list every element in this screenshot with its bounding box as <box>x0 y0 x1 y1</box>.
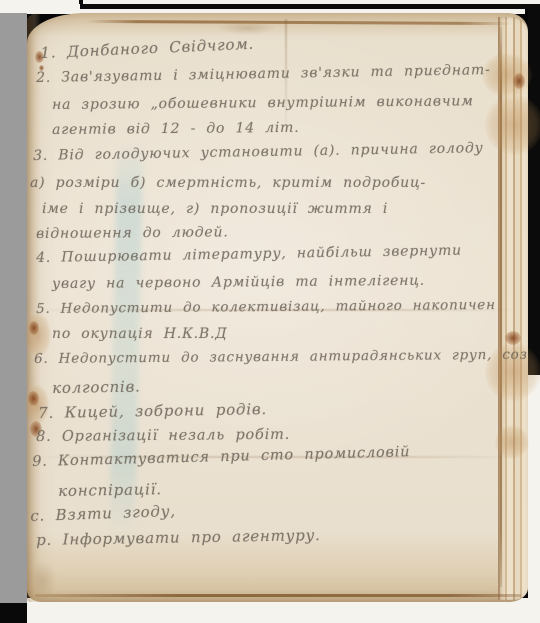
handwritten-line: відношення до людей. <box>36 224 229 242</box>
scanned-document: 1. Донбаного Свідчгом.2. Зав'язувати і з… <box>0 0 540 623</box>
handwritten-line: по окупація Н.К.В.Д <box>52 326 227 342</box>
handwritten-line: с. Взяти згоду, <box>30 502 176 525</box>
handwritten-line: 5. Недопустити до колективізац, тайного … <box>36 297 496 317</box>
handwritten-line: на зрозию „обошевники внутрішнім виконав… <box>52 93 474 113</box>
handwritten-line: 1. Донбаного Свідчгом. <box>40 35 254 62</box>
handwritten-line: 3. Від голодуючих установити (а). причин… <box>33 140 484 164</box>
handwritten-line: 2. Зав'язувати і зміцнювати зв'язки та п… <box>36 62 491 86</box>
handwritten-line: 9. Контактуватися при сто промисловій <box>32 444 411 470</box>
handwritten-line: увагу на червоно Армійців та інтелігенц. <box>52 273 425 292</box>
handwritten-line: конспірації. <box>58 480 162 500</box>
handwritten-line: а) розміри б) смертність, критім подроби… <box>30 175 426 191</box>
handwritten-line: 8. Організації незаль робіт. <box>36 427 290 445</box>
handwritten-line: колгоспів. <box>52 377 141 397</box>
handwritten-line: агентів від 12 - до 14 літ. <box>52 120 300 138</box>
handwritten-line: 4. Поширювати літературу, найбільш зверн… <box>36 243 462 266</box>
handwritten-line: 6. Недопустити до заснування антирадянсь… <box>34 347 528 367</box>
handwritten-line: іме і прізвище, г) пропозиції життя і <box>42 201 388 217</box>
handwritten-line: 7. Кицей, зоброни родів. <box>38 400 267 422</box>
handwritten-line: р. Інформувати про агентуру. <box>36 526 321 549</box>
handwriting-layer: 1. Донбаного Свідчгом.2. Зав'язувати і з… <box>0 0 540 623</box>
